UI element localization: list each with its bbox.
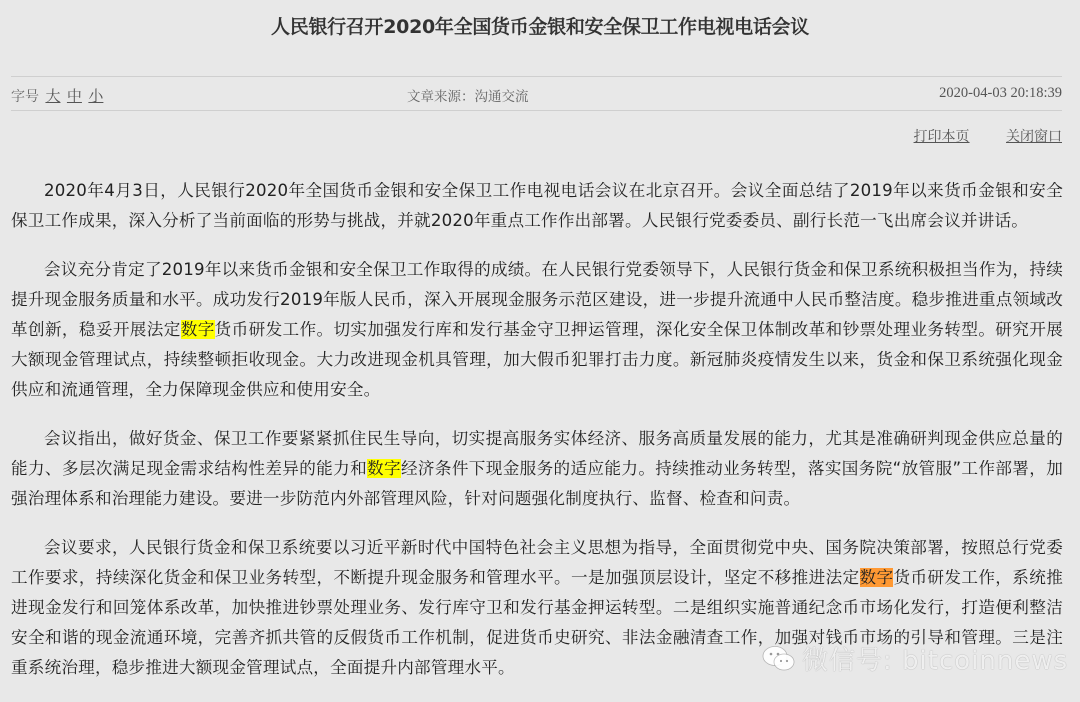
- font-size-small-link[interactable]: 小: [88, 87, 103, 105]
- wechat-icon: [762, 645, 796, 673]
- article-meta-bar: 字号 大 中 小 文章来源：沟通交流 2020-04-03 20:18:39: [11, 76, 1062, 111]
- paragraph-text: 2020年4月3日，人民银行2020年全国货币金银和安全保卫工作电视电话会议在北…: [11, 181, 1063, 230]
- source-value: 沟通交流: [475, 89, 529, 105]
- watermark-text: 微信号: bitcoinnews: [802, 640, 1068, 677]
- font-size-label: 字号: [11, 89, 39, 105]
- search-highlight-current: 数字: [860, 568, 894, 587]
- source-label: 文章来源：: [407, 89, 475, 105]
- paragraph-3: 会议指出，做好货金、保卫工作要紧紧抓住民生导向，切实提高服务实体经济、服务高质量…: [11, 424, 1063, 514]
- search-highlight: 数字: [181, 320, 215, 339]
- font-size-large-link[interactable]: 大: [45, 87, 60, 105]
- watermark: 微信号: bitcoinnews: [762, 640, 1068, 677]
- paragraph-2: 会议充分肯定了2019年以来货币金银和安全保卫工作取得的成绩。在人民银行党委领导…: [11, 255, 1063, 405]
- publish-datetime: 2020-04-03 20:18:39: [939, 85, 1062, 102]
- article-source: 文章来源：沟通交流: [407, 85, 529, 105]
- page-actions: 打印本页 关闭窗口: [882, 126, 1062, 146]
- page-title: 人民银行召开2020年全国货币金银和安全保卫工作电视电话会议: [0, 12, 1080, 39]
- search-highlight: 数字: [367, 459, 401, 478]
- font-size-controls: 字号 大 中 小: [11, 85, 103, 106]
- article-body: 2020年4月3日，人民银行2020年全国货币金银和安全保卫工作电视电话会议在北…: [11, 176, 1063, 702]
- font-size-medium-link[interactable]: 中: [67, 87, 82, 105]
- print-page-link[interactable]: 打印本页: [914, 129, 970, 145]
- paragraph-1: 2020年4月3日，人民银行2020年全国货币金银和安全保卫工作电视电话会议在北…: [11, 176, 1063, 236]
- close-window-link[interactable]: 关闭窗口: [1006, 129, 1062, 145]
